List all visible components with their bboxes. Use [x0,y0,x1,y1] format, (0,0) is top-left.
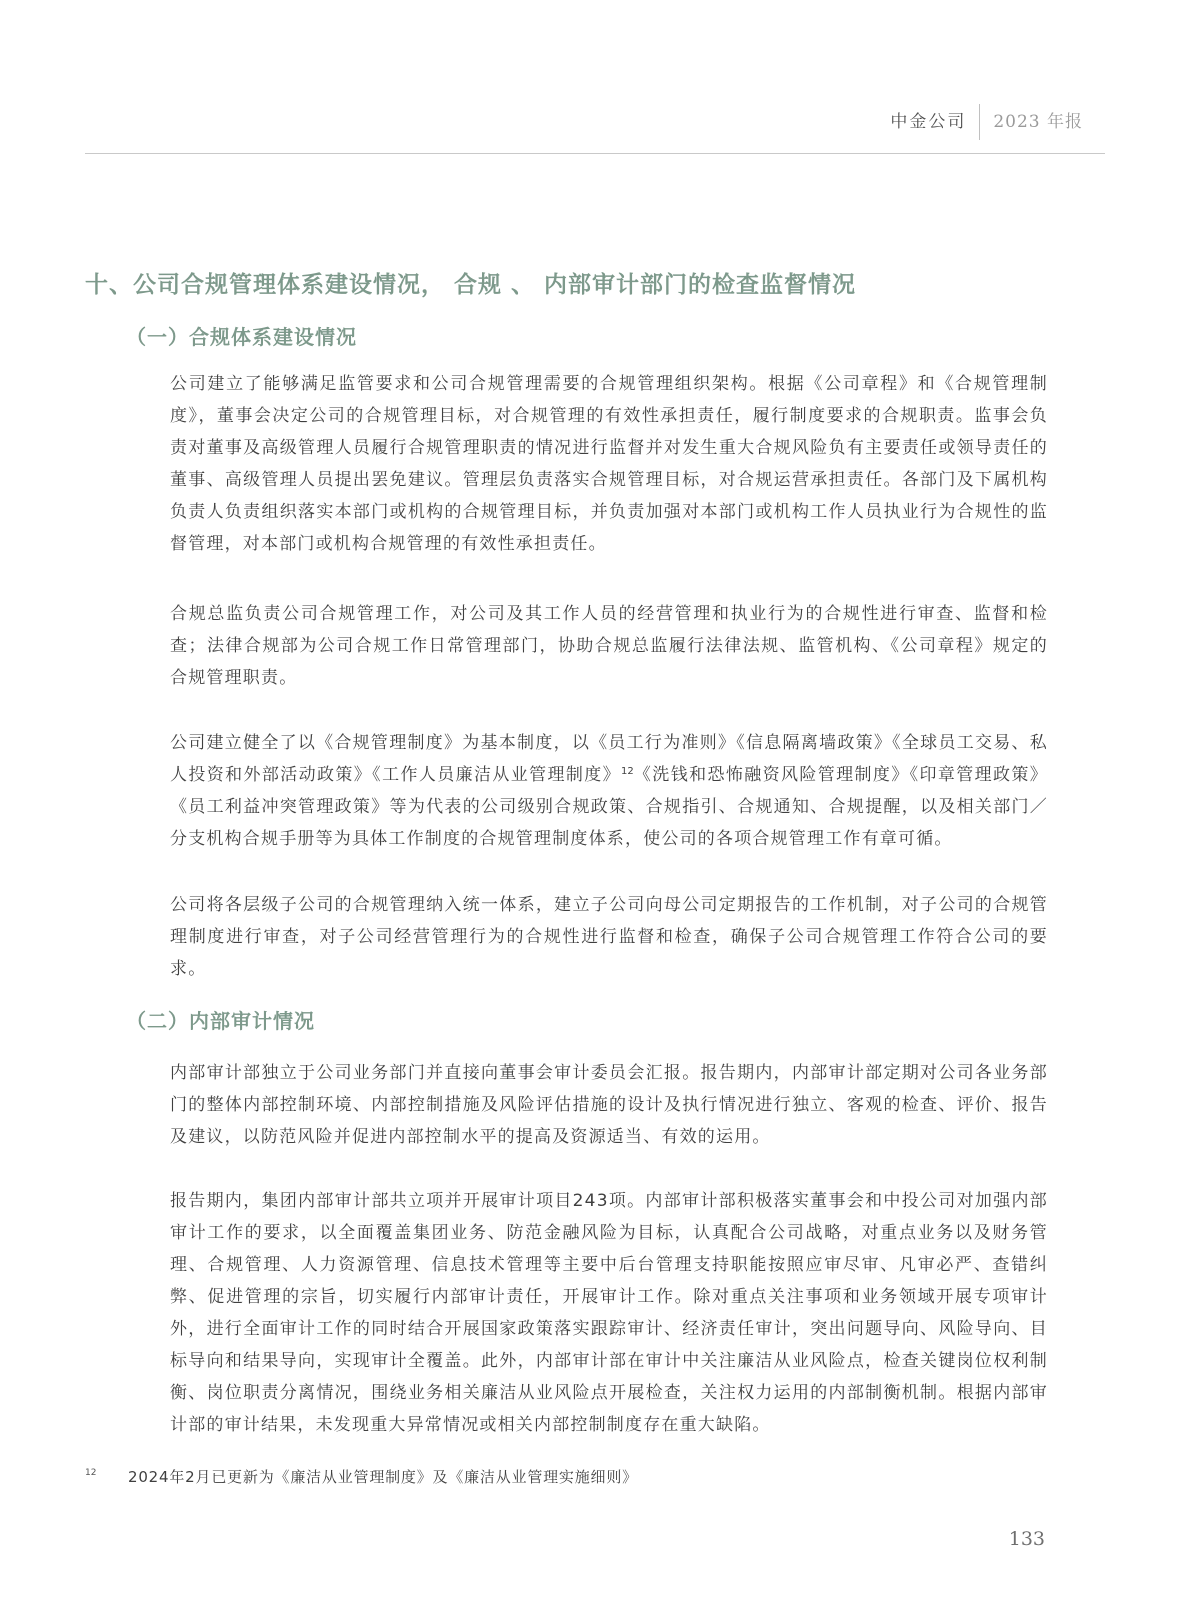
chapter-title: 十、公司合规管理体系建设情况， 合规 、 内部审计部门的检查监督情况 [85,268,1130,302]
footnote-marker: 12 [85,1466,128,1478]
header-divider [979,104,980,140]
paragraph-compliance-policies: 公司建立健全了以《合规管理制度》为基本制度，以《员工行为准则》《信息隔离墙政策》… [170,727,1048,855]
footnote-reference-superscript: 12 [621,766,634,777]
paragraph-compliance-structure: 公司建立了能够满足监管要求和公司合规管理需要的合规管理组织架构。根据《公司章程》… [170,368,1048,560]
paragraph-internal-audit-work: 报告期内，集团内部审计部共立项并开展审计项目243项。内部审计部积极落实董事会和… [170,1185,1048,1441]
paragraph-internal-audit-independence: 内部审计部独立于公司业务部门并直接向董事会审计委员会汇报。报告期内，内部审计部定… [170,1057,1048,1153]
section-heading-1: （一）合规体系建设情况 [126,323,1105,351]
report-year: 2023 年报 [993,109,1083,135]
page-header: 中金公司 2023 年报 [85,0,1105,154]
footnote-text: 2024年2月已更新为《廉洁从业管理制度》及《廉洁从业管理实施细则》 [128,1466,638,1488]
footnote: 12 2024年2月已更新为《廉洁从业管理制度》及《廉洁从业管理实施细则》 [85,1466,1048,1488]
header-row: 中金公司 2023 年报 [85,104,1105,154]
page-number: 133 [1009,1528,1045,1550]
section-heading-2: （二）内部审计情况 [126,1007,1105,1035]
company-name: 中金公司 [890,109,966,135]
paragraph-subsidiary-compliance: 公司将各层级子公司的合规管理纳入统一体系，建立子公司向母公司定期报告的工作机制，… [170,889,1048,985]
paragraph-compliance-director: 合规总监负责公司合规管理工作，对公司及其工作人员的经营管理和执业行为的合规性进行… [170,598,1048,694]
report-page: 中金公司 2023 年报 十、公司合规管理体系建设情况， 合规 、 内部审计部门… [0,0,1190,1615]
